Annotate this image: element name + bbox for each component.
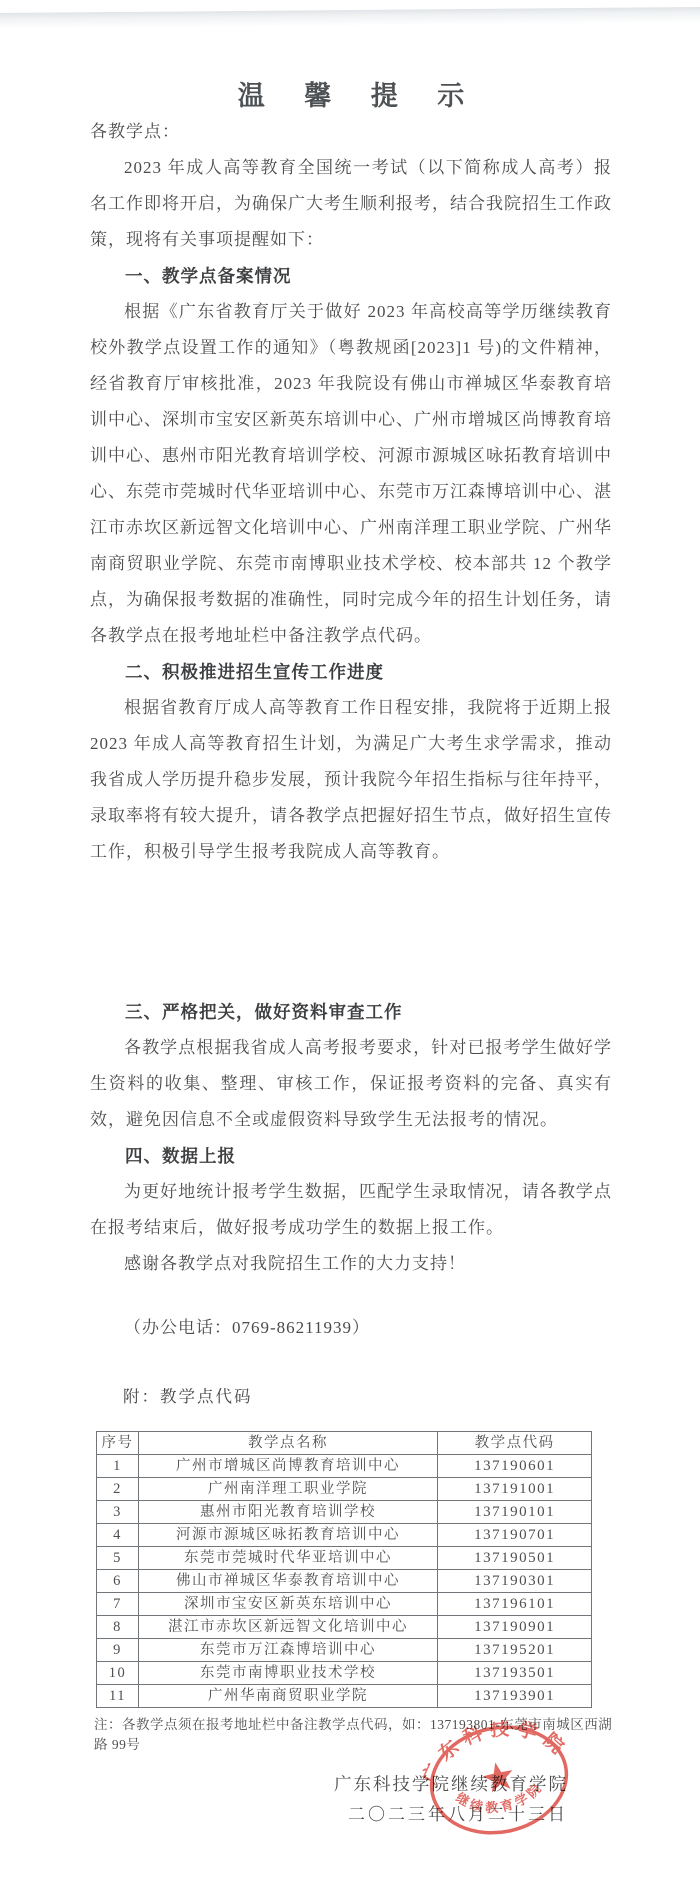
header-cell-code: 教学点代码 — [438, 1431, 592, 1454]
cell-code: 137190701 — [438, 1523, 592, 1546]
cell-name: 河源市源城区咏拓教育培训中心 — [138, 1523, 437, 1546]
cell-name: 东莞市莞城时代华亚培训中心 — [138, 1546, 437, 1569]
signature-block: 广东科技学院继续教育学院 二〇二三年八月二十三日 — [90, 1769, 612, 1831]
attachment-table: 序号 教学点名称 教学点代码 1 广州市增城区尚博教育培训中心 13719060… — [96, 1431, 592, 1708]
cell-code: 137190601 — [438, 1454, 592, 1477]
cell-code: 137190901 — [438, 1615, 592, 1638]
salutation-line: 各教学点： — [90, 114, 612, 150]
cell-code: 137191001 — [438, 1477, 592, 1500]
section-2-body: 根据省教育厅成人高等教育工作日程安排，我院将于近期上报 2023 年成人高等教育… — [90, 690, 612, 870]
table-row: 9 东莞市万江森博培训中心 137195201 — [97, 1638, 592, 1661]
table-row: 1 广州市增城区尚博教育培训中心 137190601 — [97, 1454, 592, 1477]
section-3-body: 各教学点根据我省成人高考报考要求，针对已报考学生做好学生资料的收集、整理、审核工… — [90, 1030, 612, 1138]
cell-name: 东莞市万江森博培训中心 — [138, 1638, 437, 1661]
attachment-table-body: 1 广州市增城区尚博教育培训中心 137190601 2 广州南洋理工职业学院 … — [97, 1454, 592, 1707]
cell-no: 1 — [97, 1454, 139, 1477]
signature-date: 二〇二三年八月二十三日 — [90, 1799, 568, 1831]
cell-code: 137196101 — [438, 1592, 592, 1615]
cell-no: 8 — [97, 1615, 139, 1638]
cell-no: 11 — [97, 1684, 139, 1707]
table-note: 注：各教学点须在报考地址栏中备注教学点代码，如：137193801-东莞市南城区… — [94, 1715, 614, 1755]
cell-code: 137193901 — [438, 1684, 592, 1707]
table-row: 6 佛山市禅城区华泰教育培训中心 137190301 — [97, 1569, 592, 1592]
cell-name: 佛山市禅城区华泰教育培训中心 — [138, 1569, 437, 1592]
cell-no: 6 — [97, 1569, 139, 1592]
section-4-heading: 四、数据上报 — [90, 1138, 612, 1174]
scanned-document-page: 温 馨 提 示 各教学点： 2023 年成人高等教育全国统一考试（以下简称成人高… — [0, 0, 700, 1893]
cell-name: 惠州市阳光教育培训学校 — [138, 1500, 437, 1523]
page-title: 温 馨 提 示 — [90, 78, 612, 114]
cell-no: 4 — [97, 1523, 139, 1546]
section-3: 三、严格把关，做好资料审查工作 各教学点根据我省成人高考报考要求，针对已报考学生… — [90, 994, 612, 1138]
section-1-heading: 一、教学点备案情况 — [90, 258, 612, 294]
table-row: 5 东莞市莞城时代华亚培训中心 137190501 — [97, 1546, 592, 1569]
attachment-label: 附：教学点代码 — [90, 1380, 612, 1414]
thanks-line: 感谢各教学点对我院招生工作的大力支持！ — [90, 1246, 612, 1282]
table-row: 2 广州南洋理工职业学院 137191001 — [97, 1477, 592, 1500]
document-content: 温 馨 提 示 各教学点： 2023 年成人高等教育全国统一考试（以下简称成人高… — [0, 0, 700, 1831]
cell-name: 广州南洋理工职业学院 — [138, 1477, 437, 1500]
cell-no: 9 — [97, 1638, 139, 1661]
section-1-body: 根据《广东省教育厅关于做好 2023 年高校高等学历继续教育校外教学点设置工作的… — [90, 294, 612, 654]
intro-paragraph: 2023 年成人高等教育全国统一考试（以下简称成人高考）报名工作即将开启，为确保… — [90, 150, 612, 258]
section-2: 二、积极推进招生宣传工作进度 根据省教育厅成人高等教育工作日程安排，我院将于近期… — [90, 654, 612, 870]
cell-no: 2 — [97, 1477, 139, 1500]
table-row: 10 东莞市南博职业技术学校 137193501 — [97, 1661, 592, 1684]
section-1: 一、教学点备案情况 根据《广东省教育厅关于做好 2023 年高校高等学历继续教育… — [90, 258, 612, 654]
table-row: 8 湛江市赤坎区新远智文化培训中心 137190901 — [97, 1615, 592, 1638]
cell-code: 137195201 — [438, 1638, 592, 1661]
cell-name: 广州华南商贸职业学院 — [138, 1684, 437, 1707]
signature-name: 广东科技学院继续教育学院 — [90, 1769, 568, 1799]
cell-code: 137190301 — [438, 1569, 592, 1592]
cell-name: 广州市增城区尚博教育培训中心 — [138, 1454, 437, 1477]
cell-no: 7 — [97, 1592, 139, 1615]
section-3-heading: 三、严格把关，做好资料审查工作 — [90, 994, 612, 1030]
cell-code: 137193501 — [438, 1661, 592, 1684]
table-header-row: 序号 教学点名称 教学点代码 — [97, 1431, 592, 1454]
header-cell-name: 教学点名称 — [138, 1431, 437, 1454]
table-row: 3 惠州市阳光教育培训学校 137190101 — [97, 1500, 592, 1523]
cell-no: 3 — [97, 1500, 139, 1523]
cell-name: 东莞市南博职业技术学校 — [138, 1661, 437, 1684]
cell-no: 5 — [97, 1546, 139, 1569]
table-row: 7 深圳市宝安区新英东培训中心 137196101 — [97, 1592, 592, 1615]
table-row: 11 广州华南商贸职业学院 137193901 — [97, 1684, 592, 1707]
phone-line: （办公电话：0769-86211939） — [90, 1310, 612, 1346]
section-4-body: 为更好地统计报考学生数据，匹配学生录取情况，请各教学点在报考结束后，做好报考成功… — [90, 1174, 612, 1246]
cell-name: 湛江市赤坎区新远智文化培训中心 — [138, 1615, 437, 1638]
cell-no: 10 — [97, 1661, 139, 1684]
cell-name: 深圳市宝安区新英东培训中心 — [138, 1592, 437, 1615]
table-row: 4 河源市源城区咏拓教育培训中心 137190701 — [97, 1523, 592, 1546]
cell-code: 137190501 — [438, 1546, 592, 1569]
section-2-heading: 二、积极推进招生宣传工作进度 — [90, 654, 612, 690]
header-cell-no: 序号 — [97, 1431, 139, 1454]
cell-code: 137190101 — [438, 1500, 592, 1523]
section-4: 四、数据上报 为更好地统计报考学生数据，匹配学生录取情况，请各教学点在报考结束后… — [90, 1138, 612, 1246]
